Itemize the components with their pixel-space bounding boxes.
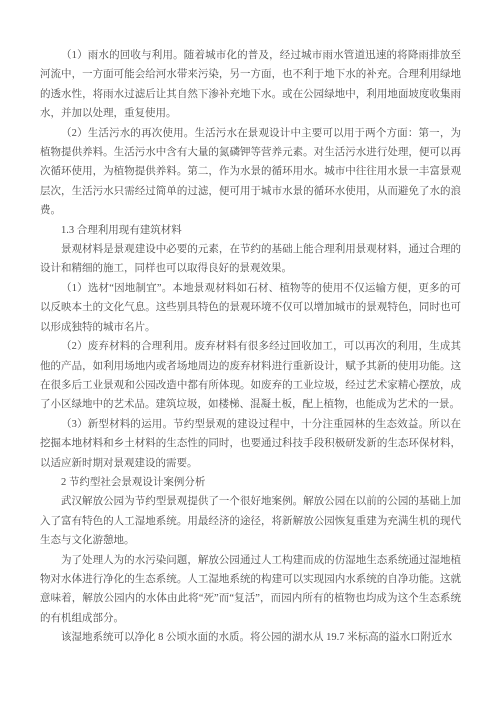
- document-content: （1）雨水的回收与利用。随着城市化的普及，经过城市雨水管道迅速的将降雨排放至河流…: [40, 46, 461, 648]
- section-heading-1-3: 1.3 合理利用现有建筑材料: [40, 221, 461, 240]
- document-paragraph: 为了处理人为的水污染问题，解放公园通过人工构建而成的仿湿地生态系统通过湿地植物对…: [40, 551, 461, 629]
- section-heading-2: 2 节约型社会景观设计案例分析: [40, 473, 461, 492]
- document-paragraph: （2）废弃材料的合理利用。废弃材料有很多经过回收加工，可以再次的利用，生成其他的…: [40, 337, 461, 415]
- document-page: （1）雨水的回收与利用。随着城市化的普及，经过城市雨水管道迅速的将降雨排放至河流…: [0, 0, 500, 707]
- document-paragraph: 该湿地系统可以净化 8 公顷水面的水质。将公园的湖水从 19.7 米标高的溢水口…: [40, 628, 461, 647]
- document-paragraph: （2）生活污水的再次使用。生活污水在景观设计中主要可以用于两个方面：第一，为植物…: [40, 124, 461, 221]
- document-paragraph: 武汉解放公园为节约型景观提供了一个很好地案例。解放公园在以前的公园的基础上加入了…: [40, 492, 461, 550]
- document-paragraph: （1）雨水的回收与利用。随着城市化的普及，经过城市雨水管道迅速的将降雨排放至河流…: [40, 46, 461, 124]
- document-paragraph: （1）选材“因地制宜”。本地景观材料如石材、植物等的使用不仅运输方便，更多的可以…: [40, 279, 461, 337]
- document-paragraph: 景观材料是景观建设中必要的元素，在节约的基础上能合理利用景观材料，通过合理的设计…: [40, 240, 461, 279]
- document-paragraph: （3）新型材料的运用。节约型景观的建设过程中，十分注重园林的生态效益。所以在挖掘…: [40, 415, 461, 473]
